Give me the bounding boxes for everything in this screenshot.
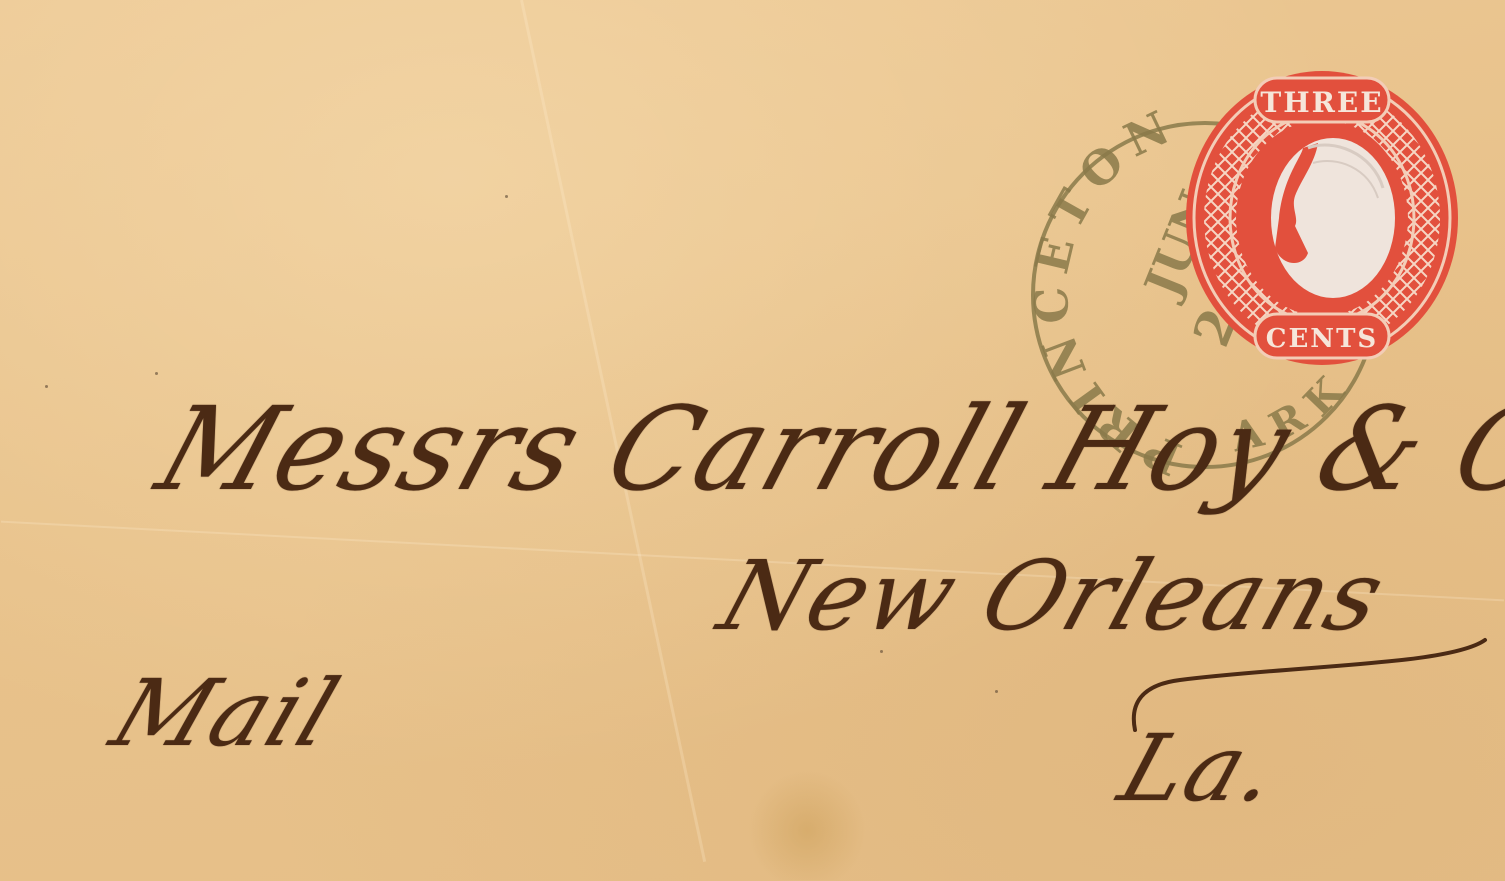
stamp-top-label: THREE [1260,86,1383,119]
paper-speck [995,690,998,693]
mail-notation: Mail [99,660,354,767]
paper-speck [45,385,48,388]
envelope: PRINCETON ARK JUN 2 [0,0,1505,881]
embossed-stamp: THREE CENTS [1183,68,1461,368]
stamp-bottom-label: CENTS [1266,324,1378,354]
paper-stain [748,770,866,880]
paper-speck [505,195,508,198]
address-line-1: Messrs Carroll Hoy & Co. [143,382,1505,516]
paper-speck [155,372,158,375]
